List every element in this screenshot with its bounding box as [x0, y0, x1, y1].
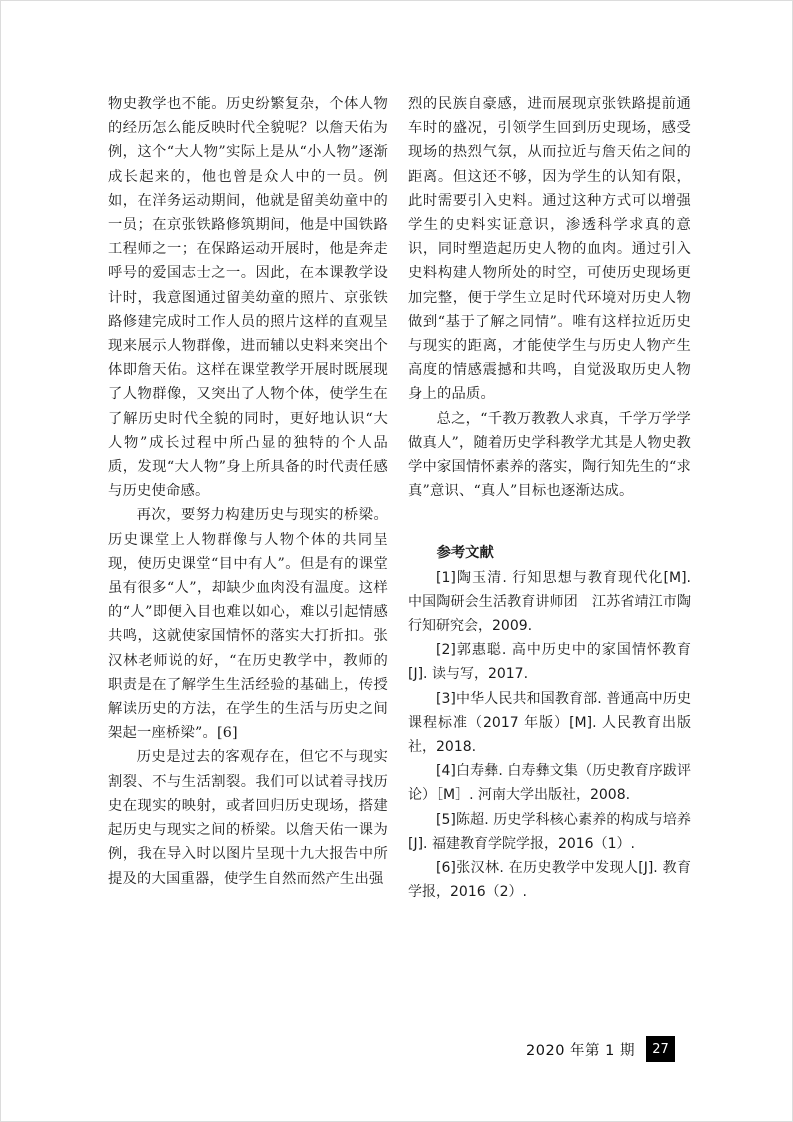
body-paragraph: 烈的民族自豪感，进而展现京张铁路提前通车时的盛况，引领学生回到历史现场，感受现场… — [408, 92, 691, 407]
reference-item: [5]陈超. 历史学科核心素养的构成与培养[J]. 福建教育学院学报，2016（… — [408, 808, 691, 856]
left-column: 物史教学也不能。历史纷繁复杂，个体人物的经历怎么能反映时代全貌呢？以詹天佑为例，… — [108, 92, 388, 891]
references-list: [1]陶玉清. 行知思想与教育现代化[M]. 中国陶研会生活教育讲师团 江苏省靖… — [408, 566, 691, 905]
page-number-badge: 27 — [646, 1036, 675, 1062]
references-heading: 参考文献 — [408, 541, 691, 565]
journal-page: 物史教学也不能。历史纷繁复杂，个体人物的经历怎么能反映时代全貌呢？以詹天佑为例，… — [0, 0, 793, 1122]
body-paragraph: 总之，“千教万教教人求真，千学万学学做真人”，随着历史学科教学尤其是人物史教学中… — [408, 407, 691, 504]
reference-item: [3]中华人民共和国教育部. 普通高中历史课程标准（2017 年版）[M]. 人… — [408, 687, 691, 760]
reference-item: [1]陶玉清. 行知思想与教育现代化[M]. 中国陶研会生活教育讲师团 江苏省靖… — [408, 566, 691, 639]
body-paragraph: 历史是过去的客观存在，但它不与现实割裂、不与生活割裂。我们可以试着寻找历史在现实… — [108, 745, 388, 890]
reference-item: [6]张汉林. 在历史教学中发现人[J]. 教育学报，2016（2）. — [408, 856, 691, 904]
body-paragraph: 物史教学也不能。历史纷繁复杂，个体人物的经历怎么能反映时代全貌呢？以詹天佑为例，… — [108, 92, 388, 503]
reference-item: [4]白寿彝. 白寿彝文集（历史教育序跋评论）［M］. 河南大学出版社，2008… — [408, 759, 691, 807]
issue-label: 2020 年第 1 期 — [526, 1039, 635, 1060]
page-footer: 2020 年第 1 期 27 — [526, 1036, 675, 1062]
right-column-text: 烈的民族自豪感，进而展现京张铁路提前通车时的盛况，引领学生回到历史现场，感受现场… — [408, 92, 691, 503]
right-column: 烈的民族自豪感，进而展现京张铁路提前通车时的盛况，引领学生回到历史现场，感受现场… — [408, 92, 691, 905]
reference-item: [2]郭惠聪. 高中历史中的家国情怀教育[J]. 读与写，2017. — [408, 638, 691, 686]
body-paragraph: 再次，要努力构建历史与现实的桥梁。历史课堂上人物群像与人物个体的共同呈现，使历史… — [108, 503, 388, 745]
references-section: 参考文献 [1]陶玉清. 行知思想与教育现代化[M]. 中国陶研会生活教育讲师团… — [408, 541, 691, 904]
